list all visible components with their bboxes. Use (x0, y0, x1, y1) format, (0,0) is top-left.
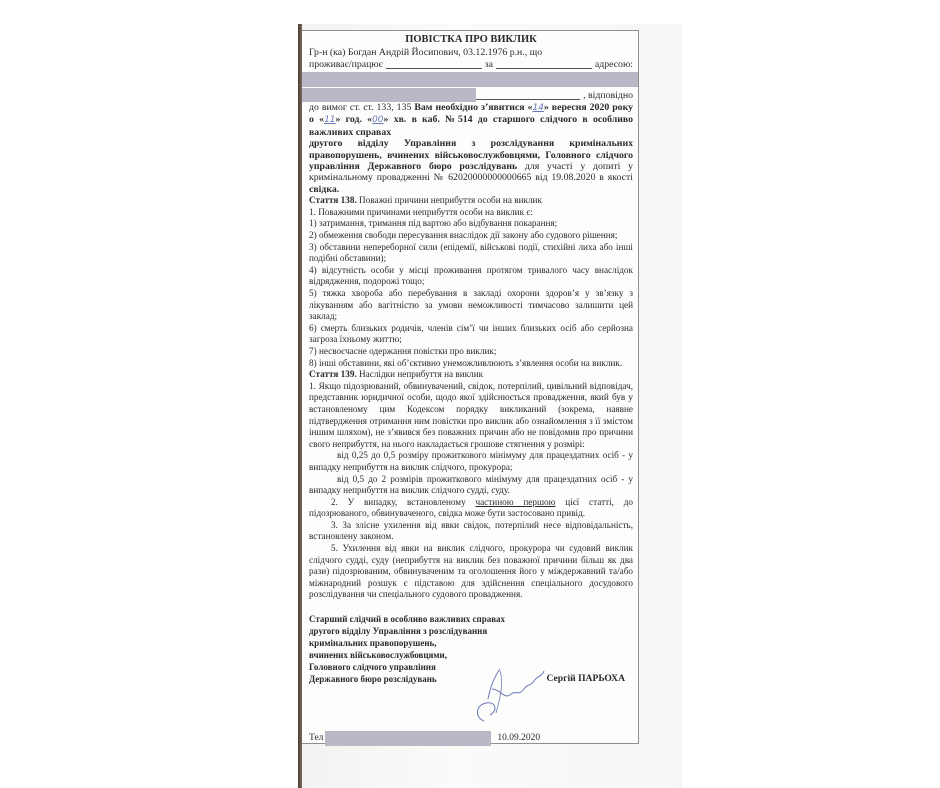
article-139-p1: 1. Якщо підозрюваний, обвинувачений, сві… (309, 381, 633, 451)
article-139-p2: 2. У випадку, встановленому частиною пер… (309, 497, 633, 520)
address-line-2: , відповідно (302, 88, 633, 102)
summons-form: ПОВІСТКА ПРО ВИКЛИК Гр-н (ка) Богдан Анд… (302, 30, 639, 744)
list-item: 4) відсутність особи у місці проживання … (309, 265, 633, 288)
list-item: 1. Поважними причинами неприбуття особи … (309, 207, 633, 219)
document-title: ПОВІСТКА ПРО ВИКЛИК (309, 34, 633, 46)
article-138-items: 1. Поважними причинами неприбуття особи … (309, 207, 633, 369)
issue-date: 10.09.2020 (497, 733, 540, 745)
tel-label: Тел (309, 733, 323, 745)
department-paragraph: другого відділу Управління з розслідуван… (309, 138, 633, 195)
article-139-p5: 5. Ухилення від явки на виклик слідчого,… (309, 543, 633, 601)
redacted-address-line-1 (302, 72, 638, 87)
article-138-heading: Стаття 138. Поважні причини неприбуття о… (309, 195, 633, 207)
redacted-address-line-2 (302, 88, 476, 102)
position-line: кримінальних правопорушень, (309, 637, 633, 649)
handwritten-minute: 00 (372, 115, 383, 125)
position-line: другого відділу Управління з розслідуван… (309, 625, 633, 637)
address-label: адресою: (595, 59, 633, 71)
article-139-heading: Стаття 139. Наслідки неприбуття на викли… (309, 369, 633, 381)
list-item: 6) смерть близьких родичів, членів сім’ї… (309, 323, 633, 346)
phone-row: Тел 10.09.2020 (309, 731, 634, 746)
intro-line-1: Гр-н (ка) Богдан Андрій Йосипович, 03.12… (309, 47, 633, 58)
handwritten-day: 14 (532, 103, 543, 113)
residence-line: проживає/працює за адресою: (309, 58, 633, 71)
list-item: 3) обставини непереборної сили (епідемії… (309, 242, 633, 265)
list-item: 8) інші обставини, які об’єктивно унемож… (309, 358, 633, 370)
witness-role: свідка. (309, 184, 339, 195)
redacted-phone (325, 731, 491, 746)
at-label: за (485, 59, 493, 71)
article-139-p3: 3. За злісне ухилення від явки свідок, п… (309, 520, 633, 543)
position-line: Старший слідчий в особливо важливих спра… (309, 613, 633, 625)
handwritten-signature-icon (470, 659, 550, 729)
signatory-name: Сергій ПАРЬОХА (546, 673, 625, 685)
article-139-fine-1: від 0,25 до 0,5 розміру прожиткового мін… (309, 450, 633, 473)
article-139-fine-2: від 0,5 до 2 розмірів прожиткового мінім… (309, 474, 633, 497)
list-item: 7) несвоєчасне одержання повістки про ви… (309, 346, 633, 358)
appearance-paragraph: до вимог ст. ст. 133, 135 Вам необхідно … (309, 102, 633, 138)
list-item: 5) тяжка хвороба або перебування в закла… (309, 288, 633, 323)
list-item: 1) затримання, тримання під вартою або в… (309, 218, 633, 230)
lives-works-label: проживає/працює (309, 59, 383, 71)
handwritten-hour: 11 (324, 115, 335, 125)
accordingly-text: , відповідно (583, 90, 633, 102)
list-item: 2) обмеження свободи пересування внаслід… (309, 230, 633, 242)
